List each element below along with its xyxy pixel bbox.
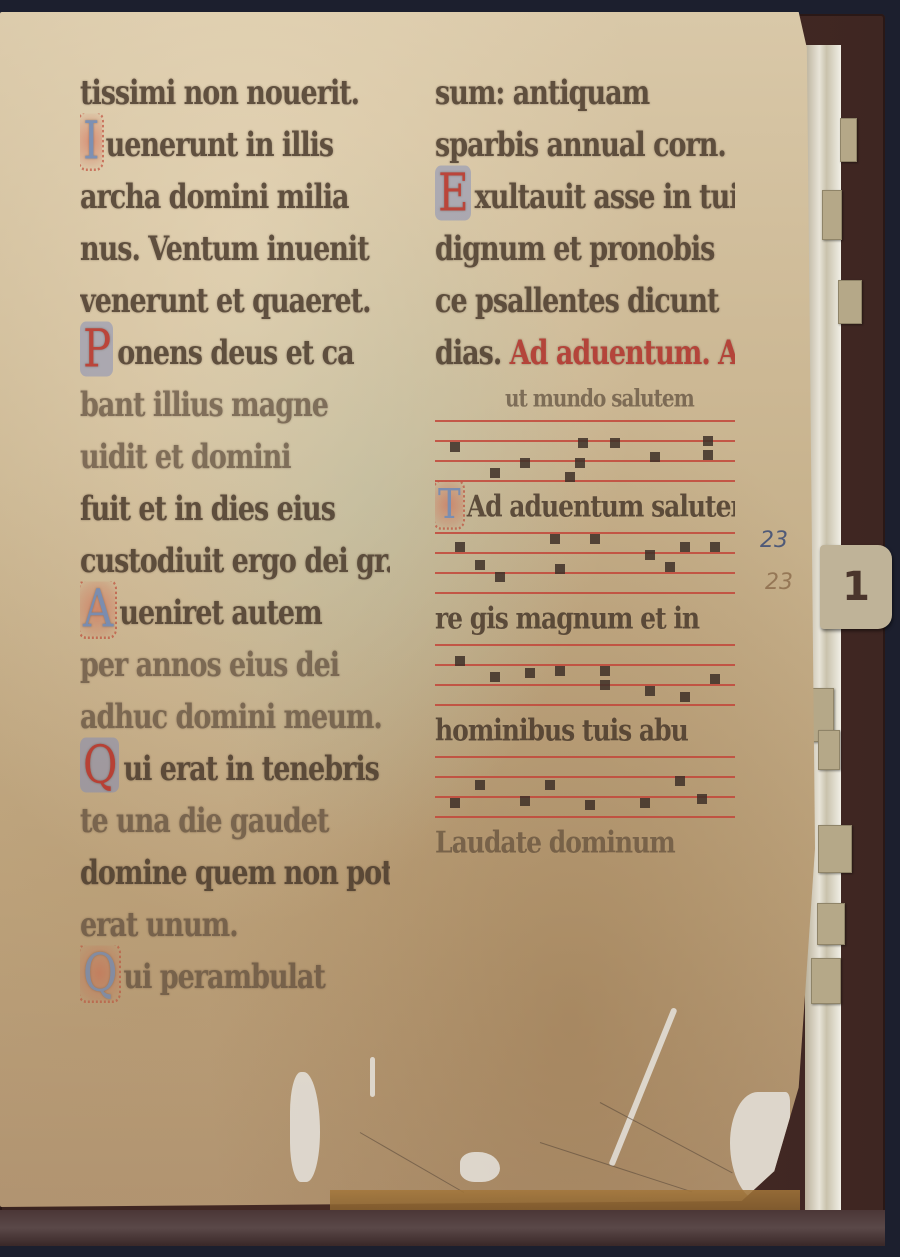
tab-label-text: 1 <box>842 564 870 610</box>
chant-staff <box>435 532 735 592</box>
chant-staff <box>435 644 735 704</box>
index-tab[interactable] <box>840 118 857 162</box>
neume <box>455 656 465 666</box>
red-initial: P <box>80 322 113 377</box>
staff-line <box>435 756 735 758</box>
parchment-crack <box>608 1007 677 1167</box>
neume <box>495 572 505 582</box>
chant-lyric: TAd aduentum salutem <box>435 482 735 532</box>
illuminated-initial: Q <box>80 946 119 1001</box>
staff-line <box>435 796 735 798</box>
staff-line <box>435 684 735 686</box>
neume <box>455 542 465 552</box>
illuminated-initial: I <box>80 114 102 169</box>
folio-number-old: 23 <box>765 570 793 595</box>
neume <box>555 666 565 676</box>
binding-bottom-edge <box>0 1210 885 1246</box>
index-tab[interactable] <box>811 958 841 1004</box>
neume <box>490 468 500 478</box>
neume <box>645 550 655 560</box>
neume <box>610 438 620 448</box>
neume <box>675 776 685 786</box>
neume <box>697 794 707 804</box>
neume <box>710 674 720 684</box>
staff-line <box>435 460 735 462</box>
neume <box>680 692 690 702</box>
folio-number: 23 <box>760 528 788 553</box>
neume <box>585 800 595 810</box>
neume <box>600 666 610 676</box>
neume <box>545 780 555 790</box>
red-initial: E <box>435 166 471 221</box>
chant-staff <box>435 756 735 816</box>
staff-line <box>435 532 735 534</box>
neume <box>665 562 675 572</box>
neume <box>520 796 530 806</box>
text-line: Qui perambulat <box>80 946 390 1011</box>
parchment-hole <box>460 1152 500 1182</box>
neume <box>575 458 585 468</box>
folded-bottom-edge <box>330 1190 800 1210</box>
chant-incipit: ut mundo salutem <box>435 376 735 419</box>
neume <box>703 450 713 460</box>
staff-line <box>435 776 735 778</box>
red-initial: Q <box>80 738 119 793</box>
neume <box>550 534 560 544</box>
neume <box>600 680 610 690</box>
parchment-crack <box>370 1057 375 1097</box>
neume <box>578 438 588 448</box>
left-text-column: tissimi non nouerit. Iuenerunt in illis … <box>80 68 390 1004</box>
neume <box>640 798 650 808</box>
neume <box>525 668 535 678</box>
index-tab[interactable] <box>818 825 852 873</box>
staff-line <box>435 644 735 646</box>
neume <box>680 542 690 552</box>
chant-staff <box>435 420 735 480</box>
index-tab[interactable] <box>817 903 845 945</box>
index-tab[interactable] <box>838 280 862 324</box>
staff-line <box>435 552 735 554</box>
neume <box>555 564 565 574</box>
staff-line <box>435 420 735 422</box>
neume <box>475 560 485 570</box>
chant-lyric: hominibus tuis abu <box>435 706 735 756</box>
illuminated-initial: A <box>80 582 115 637</box>
neume <box>590 534 600 544</box>
neume <box>450 442 460 452</box>
neume <box>645 686 655 696</box>
staff-line <box>435 664 735 666</box>
rubric-heading: Ad aduentum. A. <box>510 334 735 373</box>
neume <box>710 542 720 552</box>
neume <box>490 672 500 682</box>
index-tab[interactable] <box>822 190 842 240</box>
neume <box>520 458 530 468</box>
chant-lyric: Laudate dominum <box>435 818 735 868</box>
staff-line <box>435 572 735 574</box>
neume <box>650 452 660 462</box>
neume <box>450 798 460 808</box>
index-tab[interactable] <box>818 730 840 770</box>
illuminated-initial: T <box>435 482 463 528</box>
crack-line <box>360 1132 464 1193</box>
parchment-hole <box>290 1072 320 1182</box>
right-text-column: sum: antiquam sparbis annual corn. Exult… <box>435 68 735 864</box>
neume <box>475 780 485 790</box>
neume <box>565 472 575 482</box>
chant-lyric: re gis magnum et in <box>435 594 735 644</box>
labeled-index-tab[interactable]: 1 <box>820 545 892 629</box>
neume <box>703 436 713 446</box>
